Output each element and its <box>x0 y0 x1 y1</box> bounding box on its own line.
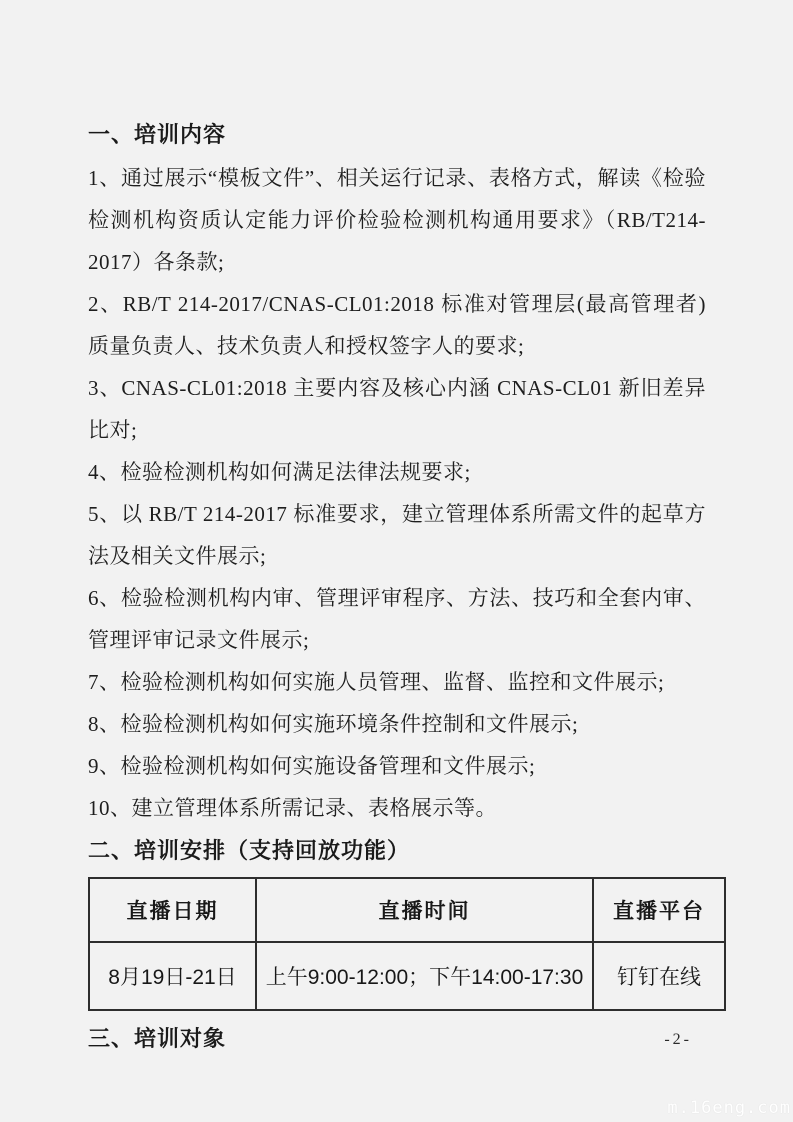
training-item-8: 8、检验检测机构如何实施环境条件控制和文件展示; <box>88 703 706 745</box>
schedule-table-header-row: 直播日期 直播时间 直播平台 <box>89 878 725 942</box>
table-header-live-date: 直播日期 <box>89 878 256 942</box>
training-item-4: 4、检验检测机构如何满足法律法规要求; <box>88 451 706 493</box>
training-item-1: 1、通过展示“模板文件”、相关运行记录、表格方式，解读《检验检测机构资质认定能力… <box>88 157 706 283</box>
training-item-5: 5、以 RB/T 214-2017 标准要求，建立管理体系所需文件的起草方法及相… <box>88 493 706 577</box>
section-heading-training-schedule: 二、培训安排（支持回放功能） <box>88 837 706 865</box>
training-item-10: 10、建立管理体系所需记录、表格展示等。 <box>88 787 706 829</box>
table-cell-live-date: 8月19日-21日 <box>89 942 256 1010</box>
section-heading-training-audience: 三、培训对象 <box>88 1025 706 1053</box>
schedule-table: 直播日期 直播时间 直播平台 8月19日-21日 上午9:00-12:00；下午… <box>88 877 726 1011</box>
watermark: m.16eng.com <box>667 1098 791 1118</box>
table-header-live-platform: 直播平台 <box>593 878 725 942</box>
document-page: 一、培训内容 1、通过展示“模板文件”、相关运行记录、表格方式，解读《检验检测机… <box>0 0 793 1122</box>
training-item-6: 6、检验检测机构内审、管理评审程序、方法、技巧和全套内审、管理评审记录文件展示; <box>88 577 706 661</box>
training-item-2: 2、RB/T 214-2017/CNAS-CL01:2018 标准对管理层(最高… <box>88 283 706 367</box>
table-header-live-time: 直播时间 <box>256 878 593 942</box>
training-item-9: 9、检验检测机构如何实施设备管理和文件展示; <box>88 745 706 787</box>
training-item-3: 3、CNAS-CL01:2018 主要内容及核心内涵 CNAS-CL01 新旧差… <box>88 367 706 451</box>
section-heading-training-content: 一、培训内容 <box>88 121 706 149</box>
page-number: -2- <box>664 1031 692 1049</box>
page-content: 一、培训内容 1、通过展示“模板文件”、相关运行记录、表格方式，解读《检验检测机… <box>88 121 706 1053</box>
training-item-7: 7、检验检测机构如何实施人员管理、监督、监控和文件展示; <box>88 661 706 703</box>
table-cell-live-platform: 钉钉在线 <box>593 942 725 1010</box>
table-cell-live-time: 上午9:00-12:00；下午14:00-17:30 <box>256 942 593 1010</box>
schedule-table-data-row: 8月19日-21日 上午9:00-12:00；下午14:00-17:30 钉钉在… <box>89 942 725 1010</box>
